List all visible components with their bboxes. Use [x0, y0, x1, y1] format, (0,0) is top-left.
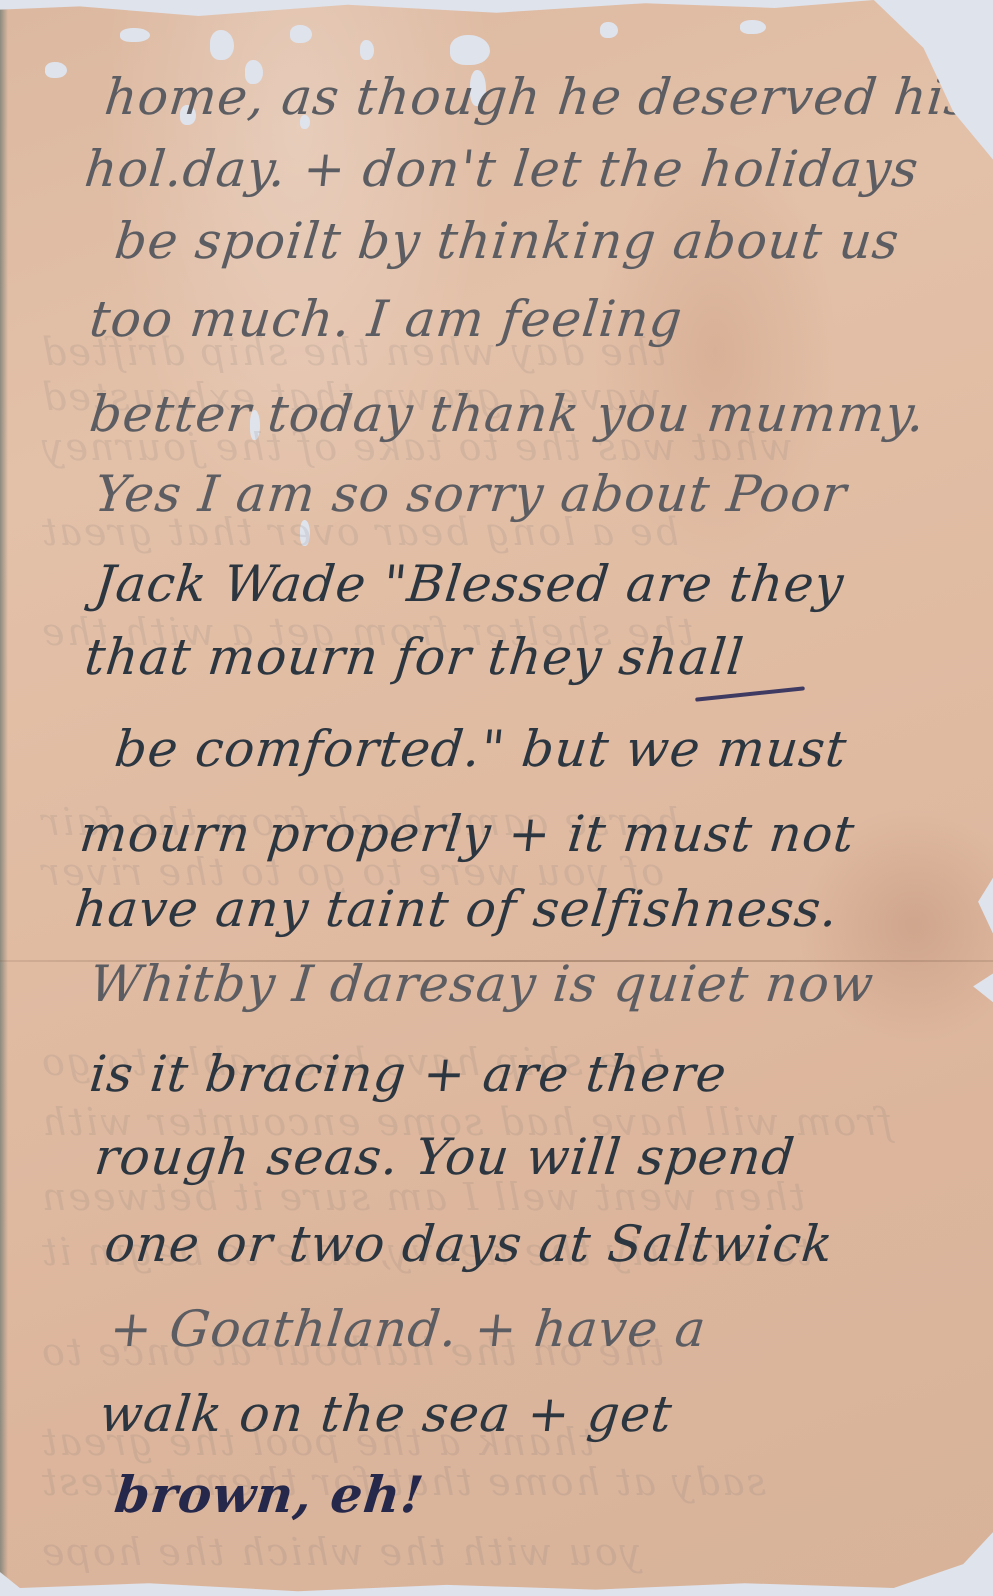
paper-hole — [210, 30, 234, 60]
bleed-through-text: you with the which the hope — [40, 1530, 641, 1574]
letter-line-12: Whitby I daresay is quiet now — [87, 955, 877, 1013]
letter-line-13: is it bracing + are there — [87, 1045, 730, 1103]
underline-shall — [695, 686, 805, 701]
letter-line-16: + Goathland. + have a — [107, 1300, 709, 1358]
letter-page: the day when the ship drifted wave a gro… — [0, 0, 993, 1596]
paper-hole — [450, 35, 490, 65]
letter-line-18: brown, eh! — [112, 1465, 427, 1524]
paper-hole — [120, 28, 150, 42]
letter-line-7: Jack Wade "Blessed are they — [92, 555, 847, 613]
letter-line-11: have any taint of selfishness. — [72, 880, 841, 938]
letter-line-8: that mourn for they shall — [82, 628, 747, 686]
paper-hole — [360, 40, 374, 60]
letter-line-14: rough seas. You will spend — [92, 1128, 798, 1186]
letter-line-5: better today thank you mummy. — [87, 385, 928, 443]
letter-line-15: one or two days at Saltwick — [102, 1215, 836, 1273]
paper-hole — [600, 22, 618, 38]
paper-hole — [45, 62, 67, 78]
letter-line-4: too much. I am feeling — [87, 290, 686, 348]
scan-edge-shadow — [0, 0, 8, 1596]
letter-line-10: mourn properly + it must not — [77, 805, 858, 863]
letter-line-1: home, as though he deserved his — [102, 68, 974, 126]
paper-hole — [290, 25, 312, 43]
letter-line-6: Yes I am so sorry about Poor — [92, 465, 850, 523]
letter-line-9: be comforted." but we must — [112, 720, 850, 778]
letter-line-2: hol.day. + don't let the holidays — [82, 140, 922, 198]
letter-line-3: be spoilt by thinking about us — [112, 212, 902, 270]
letter-line-17: walk on the sea + get — [97, 1385, 675, 1443]
paper-hole — [740, 20, 766, 34]
